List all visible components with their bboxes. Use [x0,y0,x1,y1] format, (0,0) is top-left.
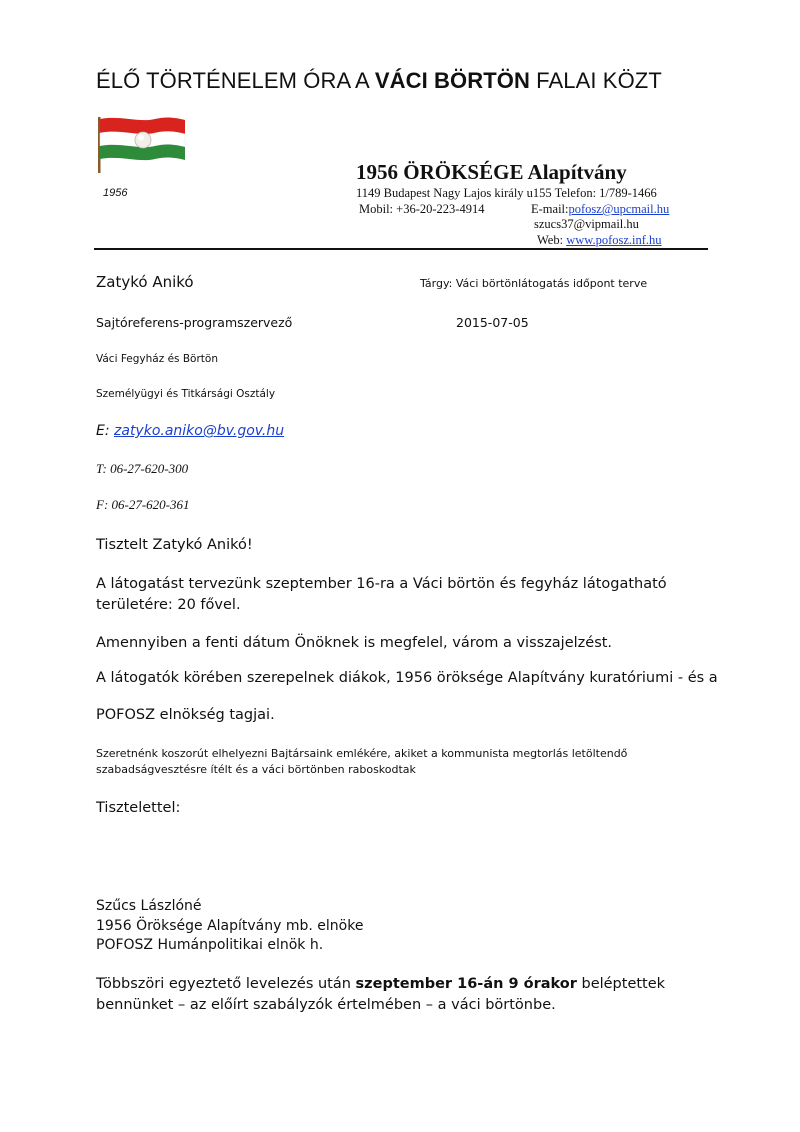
recipient-phone: T: 06-27-620-300 [96,461,188,477]
subject-line: Tárgy: Váci börtönlátogatás időpont terv… [420,277,647,290]
postscript-bold: szeptember 16-án 9 órakor [356,976,577,992]
organization-web-row: Web: www.pofosz.inf.hu [537,233,662,248]
organization-mobile: Mobil: +36-20-223-4914 [359,202,484,217]
recipient-email-label: E: [96,423,114,439]
recipient-email-link[interactable]: zatyko.aniko@bv.gov.hu [114,423,284,439]
flag-year: 1956 [103,187,127,199]
recipient-role: Sajtóreferens-programszervező [96,315,292,330]
organization-email-row: E-mail:pofosz@upcmail.hu [531,202,669,217]
salutation: Tisztelt Zatykó Anikó! [96,537,253,553]
page-title: ÉLŐ TÖRTÉNELEM ÓRA A VÁCI BÖRTÖN FALAI K… [96,68,662,94]
hungarian-flag-icon [95,115,187,175]
paragraph-4: POFOSZ elnökség tagjai. [96,707,275,723]
recipient-fax: F: 06-27-620-361 [96,497,190,513]
signature-title-1: 1956 Öröksége Alapítvány mb. elnöke [96,917,363,937]
letter-date: 2015-07-05 [456,315,529,330]
header-divider [94,248,708,250]
signature-name: Szűcs Lászlóné [96,897,363,917]
signature-title-2: POFOSZ Humánpolitikai elnök h. [96,936,363,956]
email-label: E-mail: [531,202,569,216]
postscript-text: Többszöri egyeztető levelezés után [96,976,356,992]
organization-address: 1149 Budapest Nagy Lajos király u155 Tel… [356,186,657,201]
organization-name: 1956 ÖRÖKSÉGE Alapítvány [356,160,627,185]
organization-email2: szucs37@vipmail.hu [534,217,639,232]
postscript: Többszöri egyeztető levelezés után szept… [96,974,706,1016]
web-label: Web: [537,233,566,247]
recipient-institution: Váci Fegyház és Börtön [96,353,218,365]
organization-web-link[interactable]: www.pofosz.inf.hu [566,233,661,247]
signature-block: Szűcs Lászlóné 1956 Öröksége Alapítvány … [96,897,363,956]
recipient-name: Zatykó Anikó [96,273,194,291]
paragraph-1: A látogatást tervezünk szeptember 16-ra … [96,574,706,616]
closing: Tisztelettel: [96,800,180,816]
organization-email-link[interactable]: pofosz@upcmail.hu [569,202,670,216]
small-paragraph: Szeretnénk koszorút elhelyezni Bajtársai… [96,746,656,778]
title-text-end: FALAI KÖZT [530,68,662,93]
recipient-email-row: E: zatyko.aniko@bv.gov.hu [96,423,284,439]
title-text: ÉLŐ TÖRTÉNELEM ÓRA A [96,68,375,93]
paragraph-3: A látogatók körében szerepelnek diákok, … [96,670,718,686]
title-bold-text: VÁCI BÖRTÖN [375,68,530,93]
recipient-department: Személyügyi és Titkársági Osztály [96,388,275,400]
paragraph-2: Amennyiben a fenti dátum Önöknek is megf… [96,635,612,651]
